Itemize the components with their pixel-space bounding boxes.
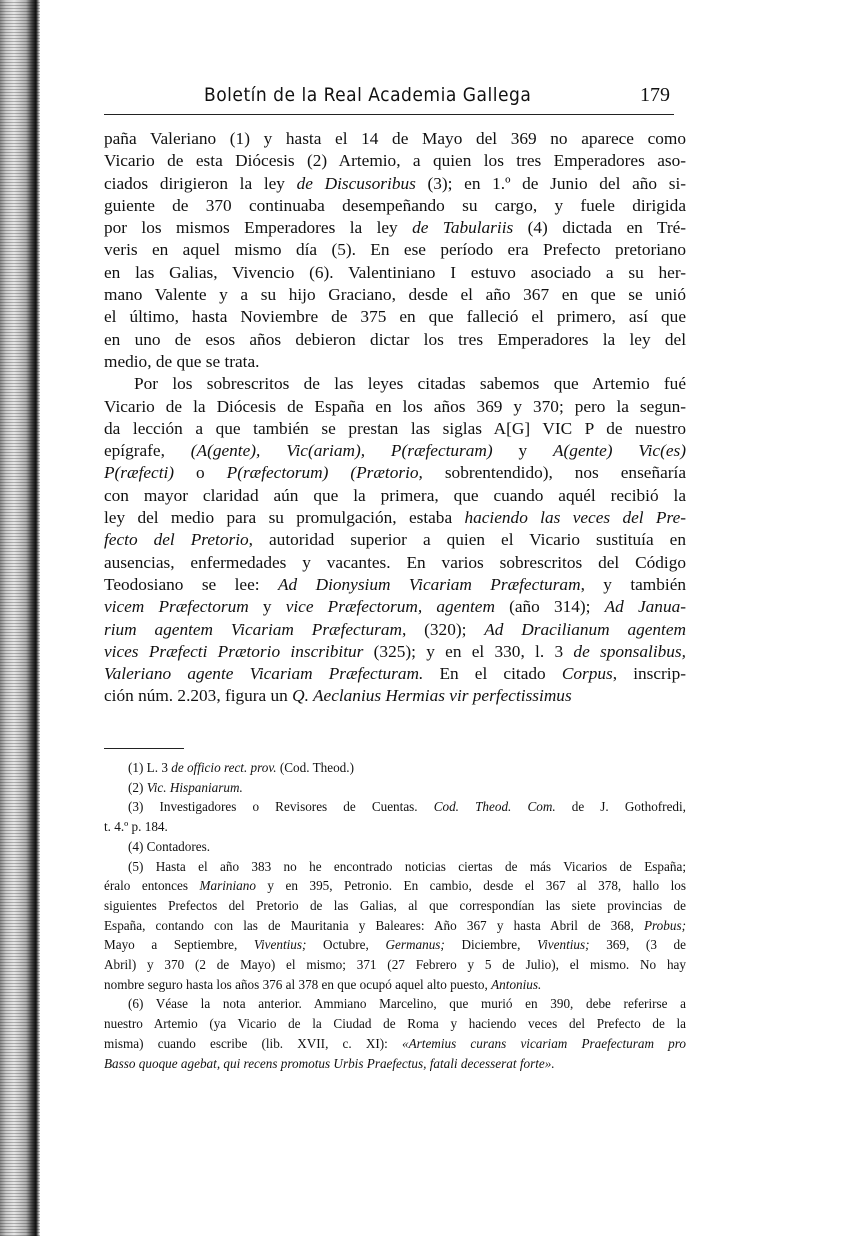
footnote-1: (1) L. 3 de officio rect. prov. (Cod. Th… (104, 758, 686, 778)
book-spine-shadow (0, 0, 40, 1236)
footnote-line: Mayo a Septiembre, Viventius; Octubre, G… (104, 935, 686, 955)
text-line: veris en aquel mismo día (5). En ese per… (104, 239, 686, 261)
text-line: vicem Præfectorum y vice Præfectorum, ag… (104, 596, 686, 618)
text-line: ciados dirigieron la ley de Discusoribus… (104, 173, 686, 195)
footnote-line: Basso quoque agebat, qui recens promotus… (104, 1054, 686, 1074)
text-line: vices Præfecti Prætorio inscribitur (325… (104, 641, 686, 663)
paragraph-1: paña Valeriano (1) y hasta el 14 de Mayo… (104, 128, 686, 373)
text-line: rium agentem Vicariam Præfecturam, (320)… (104, 619, 686, 641)
footnote-line: éralo entonces Mariniano y en 395, Petro… (104, 876, 686, 896)
footnote-line: Abril) y 370 (2 de Mayo) el mismo; 371 (… (104, 955, 686, 975)
text-line: Teodosiano se lee: Ad Dionysium Vicariam… (104, 574, 686, 596)
text-line: mano Valente y a su hijo Graciano, desde… (104, 284, 686, 306)
text-line: ausencias, enfermedades y vacantes. En v… (104, 552, 686, 574)
footnote-line: (1) L. 3 de officio rect. prov. (Cod. Th… (104, 758, 686, 778)
footnote-5: (5) Hasta el año 383 no he encontrado no… (104, 857, 686, 995)
footnote-line: (5) Hasta el año 383 no he encontrado no… (104, 857, 686, 877)
footnote-line: nuestro Artemio (ya Vicario de la Ciudad… (104, 1014, 686, 1034)
footnote-line: nombre seguro hasta los años 376 al 378 … (104, 975, 686, 995)
footnote-6: (6) Véase la nota anterior. Ammiano Marc… (104, 994, 686, 1073)
text-line: fecto del Pretorio, autoridad superior a… (104, 529, 686, 551)
text-line: en las Galias, Vivencio (6). Valentinian… (104, 262, 686, 284)
text-line: P(ræfecti) o P(ræfectorum) (Prætorio, so… (104, 462, 686, 484)
text-line: paña Valeriano (1) y hasta el 14 de Mayo… (104, 128, 686, 150)
text-line: Vicario de la Diócesis de España en los … (104, 396, 686, 418)
page-number: 179 (640, 84, 670, 107)
footnote-line: siguientes Prefectos del Pretorio de las… (104, 896, 686, 916)
footnote-line: t. 4.º p. 184. (104, 817, 686, 837)
text-line: epígrafe, (A(gente), Vic(ariam), P(ræfec… (104, 440, 686, 462)
text-line: ley del medio para su promulgación, esta… (104, 507, 686, 529)
text-line: medio, de que se trata. (104, 351, 686, 373)
text-line: Valeriano agente Vicariam Præfecturam. E… (104, 663, 686, 685)
text-line: con mayor claridad aún que la primera, q… (104, 485, 686, 507)
footnote-line: (6) Véase la nota anterior. Ammiano Marc… (104, 994, 686, 1014)
text-line: Vicario de esta Diócesis (2) Artemio, a … (104, 150, 686, 172)
footnote-separator (104, 748, 184, 749)
text-line: da lección a que también se prestan las … (104, 418, 686, 440)
paragraph-2: Por los sobrescritos de las leyes citada… (104, 373, 686, 707)
main-text: paña Valeriano (1) y hasta el 14 de Mayo… (104, 128, 686, 708)
footnotes: (1) L. 3 de officio rect. prov. (Cod. Th… (104, 758, 686, 1073)
running-title: Boletín de la Real Academia Gallega (204, 84, 531, 106)
footnote-2: (2) Vic. Hispaniarum. (104, 778, 686, 798)
page-header: Boletín de la Real Academia Gallega 179 (104, 82, 674, 115)
footnote-line: (3) Investigadores o Revisores de Cuenta… (104, 797, 686, 817)
text-line: ción núm. 2.203, figura un Q. Aeclanius … (104, 685, 686, 707)
text-line: Por los sobrescritos de las leyes citada… (104, 373, 686, 395)
footnote-line: (4) Contadores. (104, 837, 686, 857)
text-line: en uno de esos años debieron dictar los … (104, 329, 686, 351)
footnote-3: (3) Investigadores o Revisores de Cuenta… (104, 797, 686, 836)
text-line: el último, hasta Noviembre de 375 en que… (104, 306, 686, 328)
footnote-line: (2) Vic. Hispaniarum. (104, 778, 686, 798)
footnote-4: (4) Contadores. (104, 837, 686, 857)
text-line: por los mismos Emperadores la ley de Tab… (104, 217, 686, 239)
text-line: guiente de 370 continuaba desempeñando s… (104, 195, 686, 217)
footnote-line: España, contando con las de Mauritania y… (104, 916, 686, 936)
footnote-line: misma) cuando escribe (lib. XVII, c. XI)… (104, 1034, 686, 1054)
